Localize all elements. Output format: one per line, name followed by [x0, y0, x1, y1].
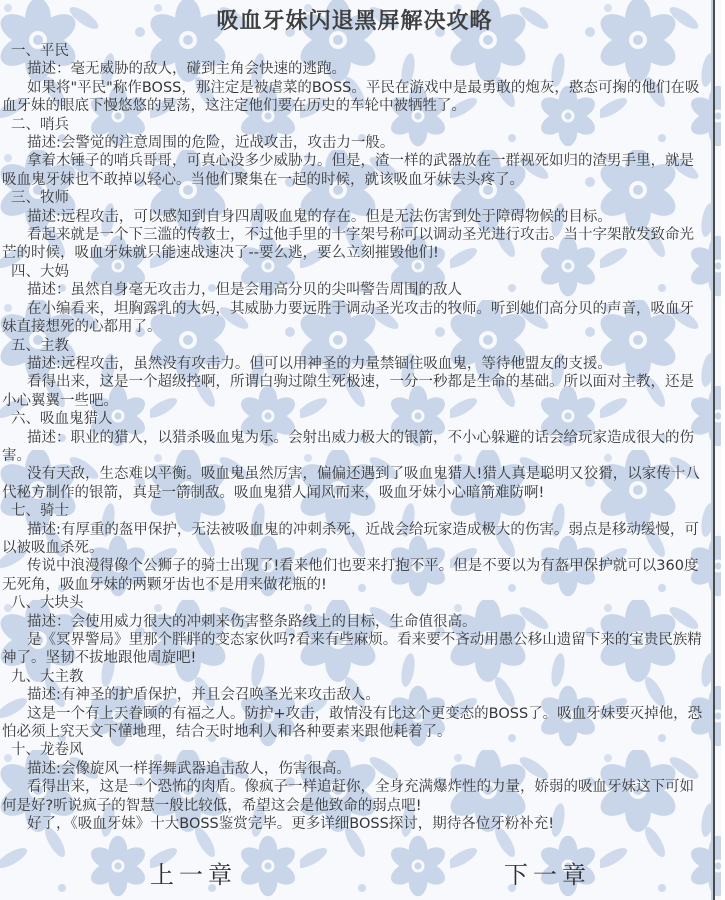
- prev-chapter-link[interactable]: 上一章: [150, 855, 237, 890]
- section-comment: 这是一个有上天眷顾的有福之人。防护+攻击，敢情没有比这个更变态的BOSS了。吸血…: [2, 705, 707, 742]
- closing-note: 好了，《吸血牙妹》十大BOSS鉴赏完毕。更多详细BOSS探讨，期待各位牙粉补充!: [2, 815, 707, 833]
- boss-sections: 一、平民 描述：毫无威胁的敌人，碰到主角会快速的逃跑。 如果将"平民"称作BOS…: [2, 42, 707, 815]
- page-border-white-strip: [721, 0, 725, 900]
- guide-article: 吸血牙妹闪退黑屏解决攻略 一、平民 描述：毫无威胁的敌人，碰到主角会快速的逃跑。…: [2, 2, 707, 833]
- chapter-pager: 上一章 下一章: [0, 855, 725, 889]
- section-heading: 八、大块头: [2, 594, 707, 612]
- section-heading: 五、主教: [2, 337, 707, 355]
- section-description: 描述：虽然自身毫无攻击力，但是会用高分贝的尖叫警告周围的敌人: [2, 281, 707, 299]
- section-comment: 看起来就是一个下三滥的传教士，不过他手里的十字架号称可以调动圣光进行攻击。当十字…: [2, 226, 707, 263]
- section-comment: 是《冥界警局》里那个胖胖的变态家伙吗?看来有些麻烦。看来要不吝动用愚公移山遗留下…: [2, 631, 707, 668]
- section-heading: 六、吸血鬼猎人: [2, 410, 707, 428]
- section-comment: 如果将"平民"称作BOSS，那注定是被虐菜的BOSS。平民在游戏中是最勇敢的炮灰…: [2, 79, 707, 116]
- section-description: 描述:远程攻击，虽然没有攻击力。但可以用神圣的力量禁锢住吸血鬼，等待他盟友的支援…: [2, 355, 707, 373]
- next-chapter-link[interactable]: 下一章: [504, 855, 591, 890]
- section-comment: 在小编看来，坦胸露乳的大妈，其威胁力要远胜于调动圣光攻击的牧师。听到她们高分贝的…: [2, 300, 707, 337]
- section-comment: 没有天敌，生态难以平衡。吸血鬼虽然厉害，偏偏还遇到了吸血鬼猎人!猎人真是聪明又狡…: [2, 465, 707, 502]
- section-description: 描述:会像旋风一样挥舞武器追击敌人，伤害很高。: [2, 760, 707, 778]
- section-comment: 看得出来，这是一个恐怖的肉盾。像疯子一样追赶你，全身充满爆炸性的力量，娇弱的吸血…: [2, 778, 707, 815]
- section-heading: 七、骑士: [2, 502, 707, 520]
- section-heading: 四、大妈: [2, 263, 707, 281]
- section-description: 描述：职业的猎人，以猎杀吸血鬼为乐。会射出威力极大的银箭，不小心躲避的话会给玩家…: [2, 429, 707, 466]
- section-description: 描述:会警觉的注意周围的危险，近战攻击，攻击力一般。: [2, 134, 707, 152]
- section-description: 描述:有厚重的盔甲保护，无法被吸血鬼的冲刺杀死，近战会给玩家造成极大的伤害。弱点…: [2, 521, 707, 558]
- section-description: 描述:远程攻击，可以感知到自身四周吸血鬼的存在。但是无法伤害到处于障碍物候的目标…: [2, 208, 707, 226]
- section-heading: 三、牧师: [2, 189, 707, 207]
- section-description: 描述:有神圣的护盾保护，并且会召唤圣光来攻击敌人。: [2, 686, 707, 704]
- section-comment: 看得出来，这是一个超级控啊，所谓白驹过隙生死极速，一分一秒都是生命的基础。所以面…: [2, 373, 707, 410]
- section-heading: 一、平民: [2, 42, 707, 60]
- section-heading: 十、龙卷风: [2, 741, 707, 759]
- section-heading: 二、哨兵: [2, 116, 707, 134]
- section-description: 描述：毫无威胁的敌人，碰到主角会快速的逃跑。: [2, 60, 707, 78]
- section-comment: 拿着木锤子的哨兵哥哥，可真心没多少威胁力。但是，渣一样的武器放在一群视死如归的渣…: [2, 152, 707, 189]
- page-title: 吸血牙妹闪退黑屏解决攻略: [2, 4, 707, 35]
- section-description: 描述：会使用威力很大的冲刺来伤害整条路线上的目标，生命值很高。: [2, 613, 707, 631]
- section-heading: 九、大主教: [2, 668, 707, 686]
- section-comment: 传说中浪漫得像个公狮子的骑士出现了!看来他们也要来打抱不平。但是不要以为有盔甲保…: [2, 557, 707, 594]
